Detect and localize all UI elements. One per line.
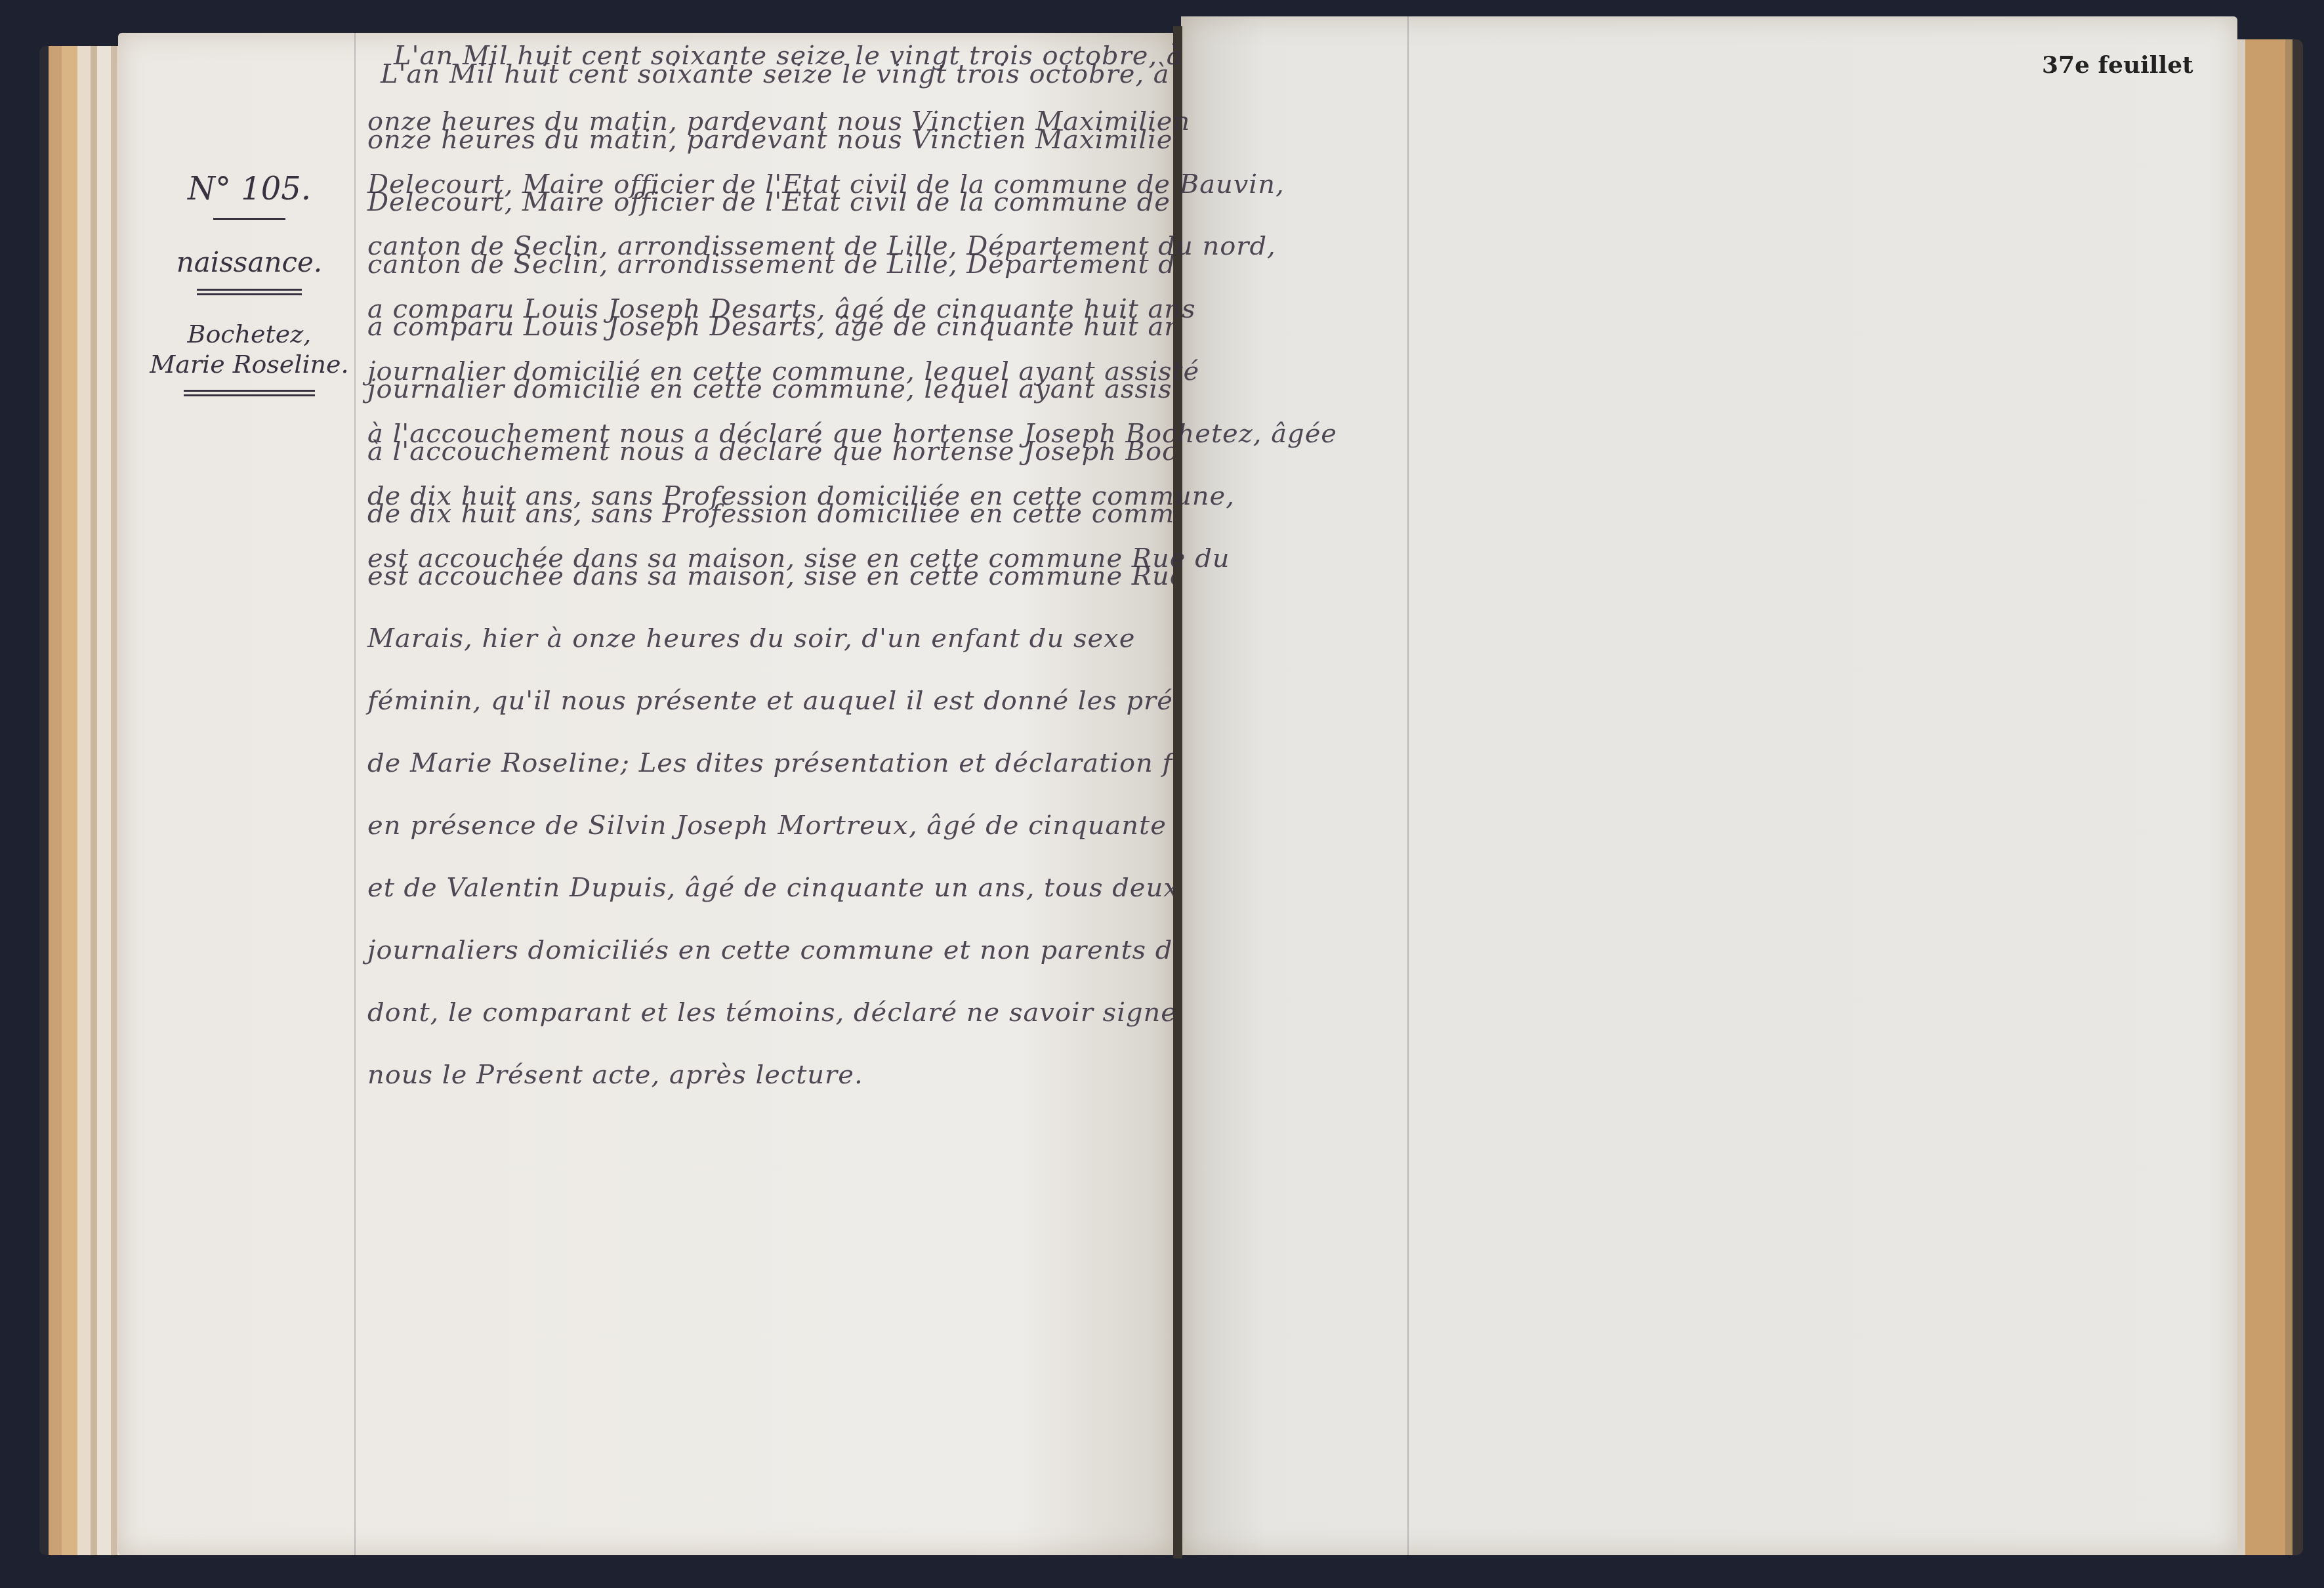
text-line: à l'accouchement nous a déclaré que hort… [367, 419, 1337, 449]
text-line: canton de Seclin, arrondissement de Lill… [367, 231, 1276, 261]
text-line: L'an Mil huit cent soixante seize le vin… [394, 41, 1183, 71]
text-line: Delecourt, Maire officier de l'Etat civi… [367, 169, 1285, 199]
text-line: journalier domicilié en cette commune, l… [367, 356, 1199, 387]
text-line: est accouchée dans sa maison, sise en ce… [367, 543, 1230, 574]
register-content: L'an Mil huit cent soixante seize le vin… [0, 0, 2324, 1588]
text-line: onze heures du matin, pardevant nous Vin… [367, 106, 1190, 136]
text-line: de dix huit ans, sans Profession domicil… [367, 481, 1235, 511]
text-line: a comparu Louis Joseph Desarts, âgé de c… [367, 294, 1196, 324]
